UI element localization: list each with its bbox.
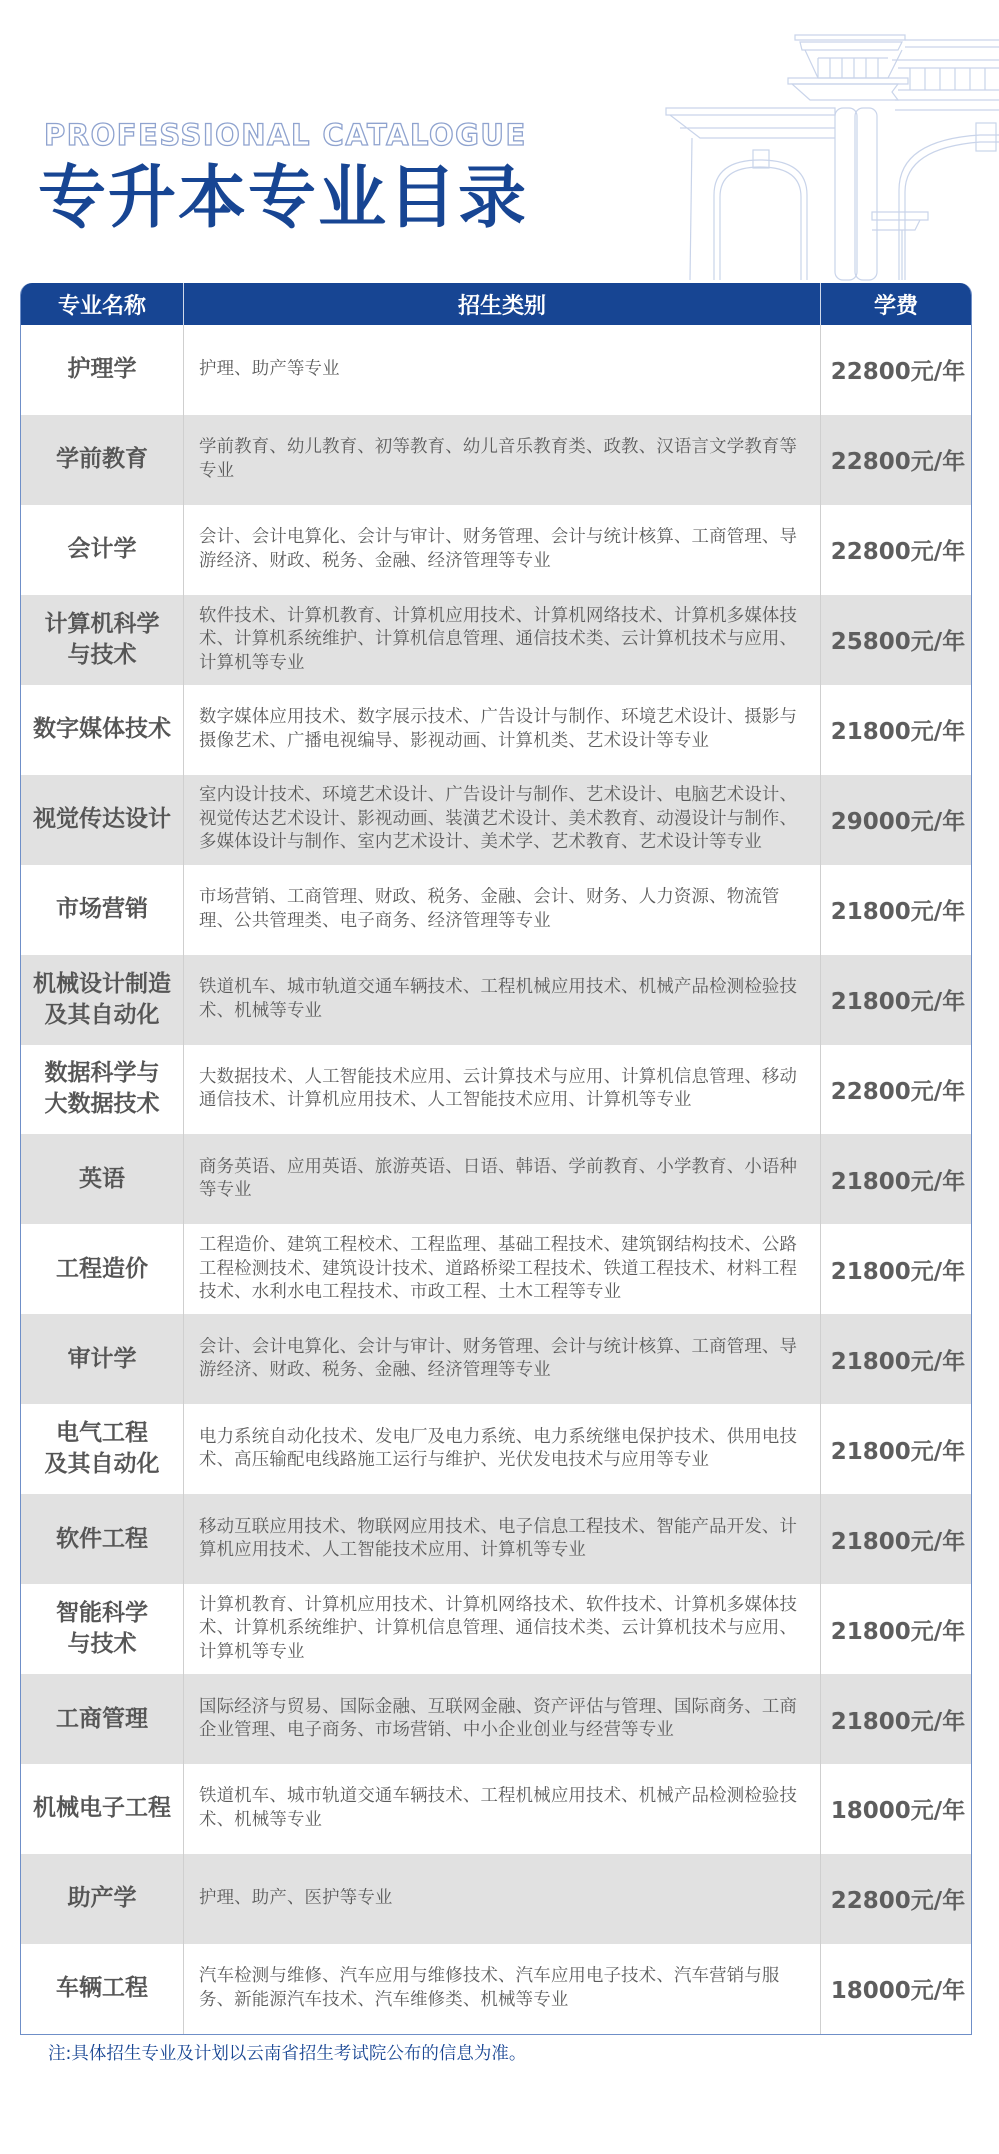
tuition-cell: 22800元/年 [821,1854,971,1944]
tuition-cell-text: 21800元/年 [831,893,965,926]
table-row: 工商管理国际经济与贸易、国际金融、互联网金融、资产评估与管理、国际商务、工商企业… [21,1674,971,1764]
major-name-cell-text: 机械电子工程 [33,1793,171,1824]
tuition-cell-text: 18000元/年 [831,1972,965,2005]
table-row: 数据科学与 大数据技术大数据技术、人工智能技术应用、云计算技术与应用、计算机信息… [21,1045,971,1135]
enrollment-categories-cell-text: 铁道机车、城市轨道交通车辆技术、工程机械应用技术、机械产品检测检验技术、机械等专… [199,1785,808,1832]
enrollment-categories-cell-text: 汽车检测与维修、汽车应用与维修技术、汽车应用电子技术、汽车营销与服务、新能源汽车… [199,1965,808,2012]
enrollment-categories-cell: 护理、助产、医护等专业 [184,1854,821,1944]
tuition-cell: 22800元/年 [821,505,971,595]
major-name-cell: 市场营销 [21,865,184,955]
major-name-cell: 计算机科学 与技术 [21,595,184,685]
major-name-cell-text: 机械设计制造 及其自动化 [33,969,171,1031]
major-name-cell: 电气工程 及其自动化 [21,1404,184,1494]
enrollment-categories-cell: 软件技术、计算机教育、计算机应用技术、计算机网络技术、计算机多媒体技术、计算机系… [184,595,821,685]
table-row: 机械电子工程铁道机车、城市轨道交通车辆技术、工程机械应用技术、机械产品检测检验技… [21,1764,971,1854]
enrollment-categories-cell: 计算机教育、计算机应用技术、计算机网络技术、软件技术、计算机多媒体技术、计算机系… [184,1584,821,1674]
table-row: 审计学会计、会计电算化、会计与审计、财务管理、会计与统计核算、工商管理、导游经济… [21,1314,971,1404]
table-row: 机械设计制造 及其自动化铁道机车、城市轨道交通车辆技术、工程机械应用技术、机械产… [21,955,971,1045]
page-subtitle: PROFESSIONAL CATALOGUE [44,118,527,152]
major-name-cell-text: 软件工程 [56,1524,148,1555]
enrollment-categories-cell-text: 商务英语、应用英语、旅游英语、日语、韩语、学前教育、小学教育、小语种等专业 [199,1156,808,1203]
major-name-cell-text: 英语 [79,1164,125,1195]
enrollment-categories-cell-text: 电力系统自动化技术、发电厂及电力系统、电力系统继电保护技术、供用电技术、高压输配… [199,1426,808,1473]
enrollment-categories-cell: 铁道机车、城市轨道交通车辆技术、工程机械应用技术、机械产品检测检验技术、机械等专… [184,955,821,1045]
major-name-cell: 工程造价 [21,1224,184,1314]
page-title: 专升本专业目录 [38,158,528,240]
major-name-cell: 审计学 [21,1314,184,1404]
enrollment-categories-cell: 商务英语、应用英语、旅游英语、日语、韩语、学前教育、小学教育、小语种等专业 [184,1134,821,1224]
major-name-cell: 会计学 [21,505,184,595]
tuition-cell: 21800元/年 [821,955,971,1045]
major-name-cell-text: 车辆工程 [56,1973,148,2004]
table-row: 数字媒体技术数字媒体应用技术、数字展示技术、广告设计与制作、环境艺术设计、摄影与… [21,685,971,775]
major-name-cell-text: 会计学 [68,534,137,565]
tuition-cell: 21800元/年 [821,865,971,955]
tuition-cell-text: 29000元/年 [831,803,965,836]
tuition-cell-text: 22800元/年 [831,1882,965,1915]
tuition-cell-text: 18000元/年 [831,1792,965,1825]
enrollment-categories-cell-text: 护理、助产等专业 [199,358,340,382]
enrollment-categories-cell: 室内设计技术、环境艺术设计、广告设计与制作、艺术设计、电脑艺术设计、视觉传达艺术… [184,775,821,865]
tuition-cell: 29000元/年 [821,775,971,865]
enrollment-categories-cell-text: 市场营销、工商管理、财政、税务、金融、会计、财务、人力资源、物流管理、公共管理类… [199,886,808,933]
enrollment-categories-cell-text: 数字媒体应用技术、数字展示技术、广告设计与制作、环境艺术设计、摄影与摄像艺术、广… [199,706,808,753]
major-name-cell: 软件工程 [21,1494,184,1584]
enrollment-categories-cell-text: 学前教育、幼儿教育、初等教育、幼儿音乐教育类、政教、汉语言文学教育等专业 [199,436,808,483]
enrollment-categories-cell-text: 软件技术、计算机教育、计算机应用技术、计算机网络技术、计算机多媒体技术、计算机系… [199,605,808,676]
enrollment-categories-cell-text: 大数据技术、人工智能技术应用、云计算技术与应用、计算机信息管理、移动通信技术、计… [199,1066,808,1113]
major-name-cell-text: 数据科学与 大数据技术 [45,1058,160,1120]
enrollment-categories-cell: 工程造价、建筑工程校术、工程监理、基础工程技术、建筑钢结构技术、公路工程检测技术… [184,1224,821,1314]
major-name-cell-text: 审计学 [68,1344,137,1375]
enrollment-categories-cell: 电力系统自动化技术、发电厂及电力系统、电力系统继电保护技术、供用电技术、高压输配… [184,1404,821,1494]
column-header-tuition: 学费 [821,283,971,325]
tuition-cell-text: 21800元/年 [831,1523,965,1556]
tuition-cell-text: 21800元/年 [831,983,965,1016]
tuition-cell: 25800元/年 [821,595,971,685]
major-name-cell-text: 计算机科学 与技术 [45,609,160,671]
major-name-cell: 机械电子工程 [21,1764,184,1854]
enrollment-categories-cell-text: 计算机教育、计算机应用技术、计算机网络技术、软件技术、计算机多媒体技术、计算机系… [199,1594,808,1665]
tuition-cell: 22800元/年 [821,415,971,505]
table-body: 护理学护理、助产等专业22800元/年学前教育学前教育、幼儿教育、初等教育、幼儿… [21,325,971,2034]
enrollment-categories-cell-text: 室内设计技术、环境艺术设计、广告设计与制作、艺术设计、电脑艺术设计、视觉传达艺术… [199,784,808,855]
table-row: 软件工程移动互联应用技术、物联网应用技术、电子信息工程技术、智能产品开发、计算机… [21,1494,971,1584]
major-name-cell-text: 数字媒体技术 [33,714,171,745]
tuition-cell: 21800元/年 [821,1224,971,1314]
enrollment-categories-cell-text: 国际经济与贸易、国际金融、互联网金融、资产评估与管理、国际商务、工商企业管理、电… [199,1696,808,1743]
tuition-cell: 21800元/年 [821,1584,971,1674]
tuition-cell: 18000元/年 [821,1764,971,1854]
tuition-cell-text: 21800元/年 [831,713,965,746]
tuition-cell: 21800元/年 [821,1674,971,1764]
enrollment-categories-cell: 会计、会计电算化、会计与审计、财务管理、会计与统计核算、工商管理、导游经济、财政… [184,1314,821,1404]
enrollment-categories-cell: 护理、助产等专业 [184,325,821,415]
major-name-cell-text: 学前教育 [56,444,148,475]
building-arch-illustration [640,20,999,290]
enrollment-categories-cell: 会计、会计电算化、会计与审计、财务管理、会计与统计核算、工商管理、导游经济、财政… [184,505,821,595]
major-name-cell: 工商管理 [21,1674,184,1764]
tuition-cell-text: 21800元/年 [831,1163,965,1196]
enrollment-categories-cell: 数字媒体应用技术、数字展示技术、广告设计与制作、环境艺术设计、摄影与摄像艺术、广… [184,685,821,775]
major-name-cell: 机械设计制造 及其自动化 [21,955,184,1045]
major-name-cell-text: 工程造价 [56,1254,148,1285]
major-name-cell: 护理学 [21,325,184,415]
tuition-cell-text: 21800元/年 [831,1703,965,1736]
tuition-cell-text: 21800元/年 [831,1613,965,1646]
tuition-cell-text: 21800元/年 [831,1343,965,1376]
table-row: 市场营销市场营销、工商管理、财政、税务、金融、会计、财务、人力资源、物流管理、公… [21,865,971,955]
major-name-cell: 助产学 [21,1854,184,1944]
enrollment-categories-cell: 大数据技术、人工智能技术应用、云计算技术与应用、计算机信息管理、移动通信技术、计… [184,1045,821,1135]
footnote: 注:具体招生专业及计划以云南省招生考试院公布的信息为准。 [48,2040,526,2065]
table-row: 计算机科学 与技术软件技术、计算机教育、计算机应用技术、计算机网络技术、计算机多… [21,595,971,685]
tuition-cell: 21800元/年 [821,1314,971,1404]
tuition-cell-text: 25800元/年 [831,623,965,656]
enrollment-categories-cell-text: 会计、会计电算化、会计与审计、财务管理、会计与统计核算、工商管理、导游经济、财政… [199,1336,808,1383]
column-header-enrollment-categories: 招生类别 [184,283,821,325]
enrollment-categories-cell-text: 会计、会计电算化、会计与审计、财务管理、会计与统计核算、工商管理、导游经济、财政… [199,526,808,573]
table-row: 会计学会计、会计电算化、会计与审计、财务管理、会计与统计核算、工商管理、导游经济… [21,505,971,595]
major-name-cell-text: 助产学 [68,1883,137,1914]
enrollment-categories-cell: 汽车检测与维修、汽车应用与维修技术、汽车应用电子技术、汽车营销与服务、新能源汽车… [184,1944,821,2034]
table-header: 专业名称 招生类别 学费 [21,283,971,325]
major-name-cell-text: 工商管理 [56,1704,148,1735]
major-name-cell: 智能科学 与技术 [21,1584,184,1674]
tuition-cell-text: 21800元/年 [831,1253,965,1286]
enrollment-categories-cell: 国际经济与贸易、国际金融、互联网金融、资产评估与管理、国际商务、工商企业管理、电… [184,1674,821,1764]
major-name-cell: 英语 [21,1134,184,1224]
table-row: 工程造价工程造价、建筑工程校术、工程监理、基础工程技术、建筑钢结构技术、公路工程… [21,1224,971,1314]
tuition-cell: 21800元/年 [821,1494,971,1584]
major-name-cell: 数字媒体技术 [21,685,184,775]
tuition-cell: 21800元/年 [821,1404,971,1494]
enrollment-categories-cell: 铁道机车、城市轨道交通车辆技术、工程机械应用技术、机械产品检测检验技术、机械等专… [184,1764,821,1854]
table-row: 护理学护理、助产等专业22800元/年 [21,325,971,415]
column-header-major-name: 专业名称 [21,283,184,325]
table-row: 学前教育学前教育、幼儿教育、初等教育、幼儿音乐教育类、政教、汉语言文学教育等专业… [21,415,971,505]
major-name-cell: 车辆工程 [21,1944,184,2034]
major-name-cell: 视觉传达设计 [21,775,184,865]
enrollment-categories-cell: 市场营销、工商管理、财政、税务、金融、会计、财务、人力资源、物流管理、公共管理类… [184,865,821,955]
table-row: 英语商务英语、应用英语、旅游英语、日语、韩语、学前教育、小学教育、小语种等专业2… [21,1134,971,1224]
table-row: 视觉传达设计室内设计技术、环境艺术设计、广告设计与制作、艺术设计、电脑艺术设计、… [21,775,971,865]
tuition-cell: 21800元/年 [821,685,971,775]
enrollment-categories-cell-text: 铁道机车、城市轨道交通车辆技术、工程机械应用技术、机械产品检测检验技术、机械等专… [199,976,808,1023]
tuition-cell-text: 22800元/年 [831,533,965,566]
enrollment-categories-cell-text: 移动互联应用技术、物联网应用技术、电子信息工程技术、智能产品开发、计算机应用技术… [199,1516,808,1563]
tuition-cell-text: 21800元/年 [831,1433,965,1466]
enrollment-categories-cell-text: 工程造价、建筑工程校术、工程监理、基础工程技术、建筑钢结构技术、公路工程检测技术… [199,1234,808,1305]
enrollment-categories-cell: 学前教育、幼儿教育、初等教育、幼儿音乐教育类、政教、汉语言文学教育等专业 [184,415,821,505]
major-name-cell-text: 视觉传达设计 [33,804,171,835]
tuition-cell: 22800元/年 [821,325,971,415]
tuition-cell: 21800元/年 [821,1134,971,1224]
tuition-cell-text: 22800元/年 [831,1073,965,1106]
table-row: 车辆工程汽车检测与维修、汽车应用与维修技术、汽车应用电子技术、汽车营销与服务、新… [21,1944,971,2034]
tuition-cell: 18000元/年 [821,1944,971,2034]
major-name-cell-text: 市场营销 [56,894,148,925]
enrollment-categories-cell-text: 护理、助产、医护等专业 [199,1887,393,1911]
major-name-cell-text: 智能科学 与技术 [56,1598,148,1660]
major-name-cell-text: 护理学 [68,354,137,385]
tuition-cell: 22800元/年 [821,1045,971,1135]
major-name-cell: 数据科学与 大数据技术 [21,1045,184,1135]
enrollment-categories-cell: 移动互联应用技术、物联网应用技术、电子信息工程技术、智能产品开发、计算机应用技术… [184,1494,821,1584]
table-row: 电气工程 及其自动化电力系统自动化技术、发电厂及电力系统、电力系统继电保护技术、… [21,1404,971,1494]
major-name-cell: 学前教育 [21,415,184,505]
tuition-cell-text: 22800元/年 [831,443,965,476]
major-name-cell-text: 电气工程 及其自动化 [45,1418,160,1480]
tuition-cell-text: 22800元/年 [831,353,965,386]
major-catalogue-table: 专业名称 招生类别 学费 护理学护理、助产等专业22800元/年学前教育学前教育… [20,283,972,2035]
table-row: 助产学护理、助产、医护等专业22800元/年 [21,1854,971,1944]
table-row: 智能科学 与技术计算机教育、计算机应用技术、计算机网络技术、软件技术、计算机多媒… [21,1584,971,1674]
